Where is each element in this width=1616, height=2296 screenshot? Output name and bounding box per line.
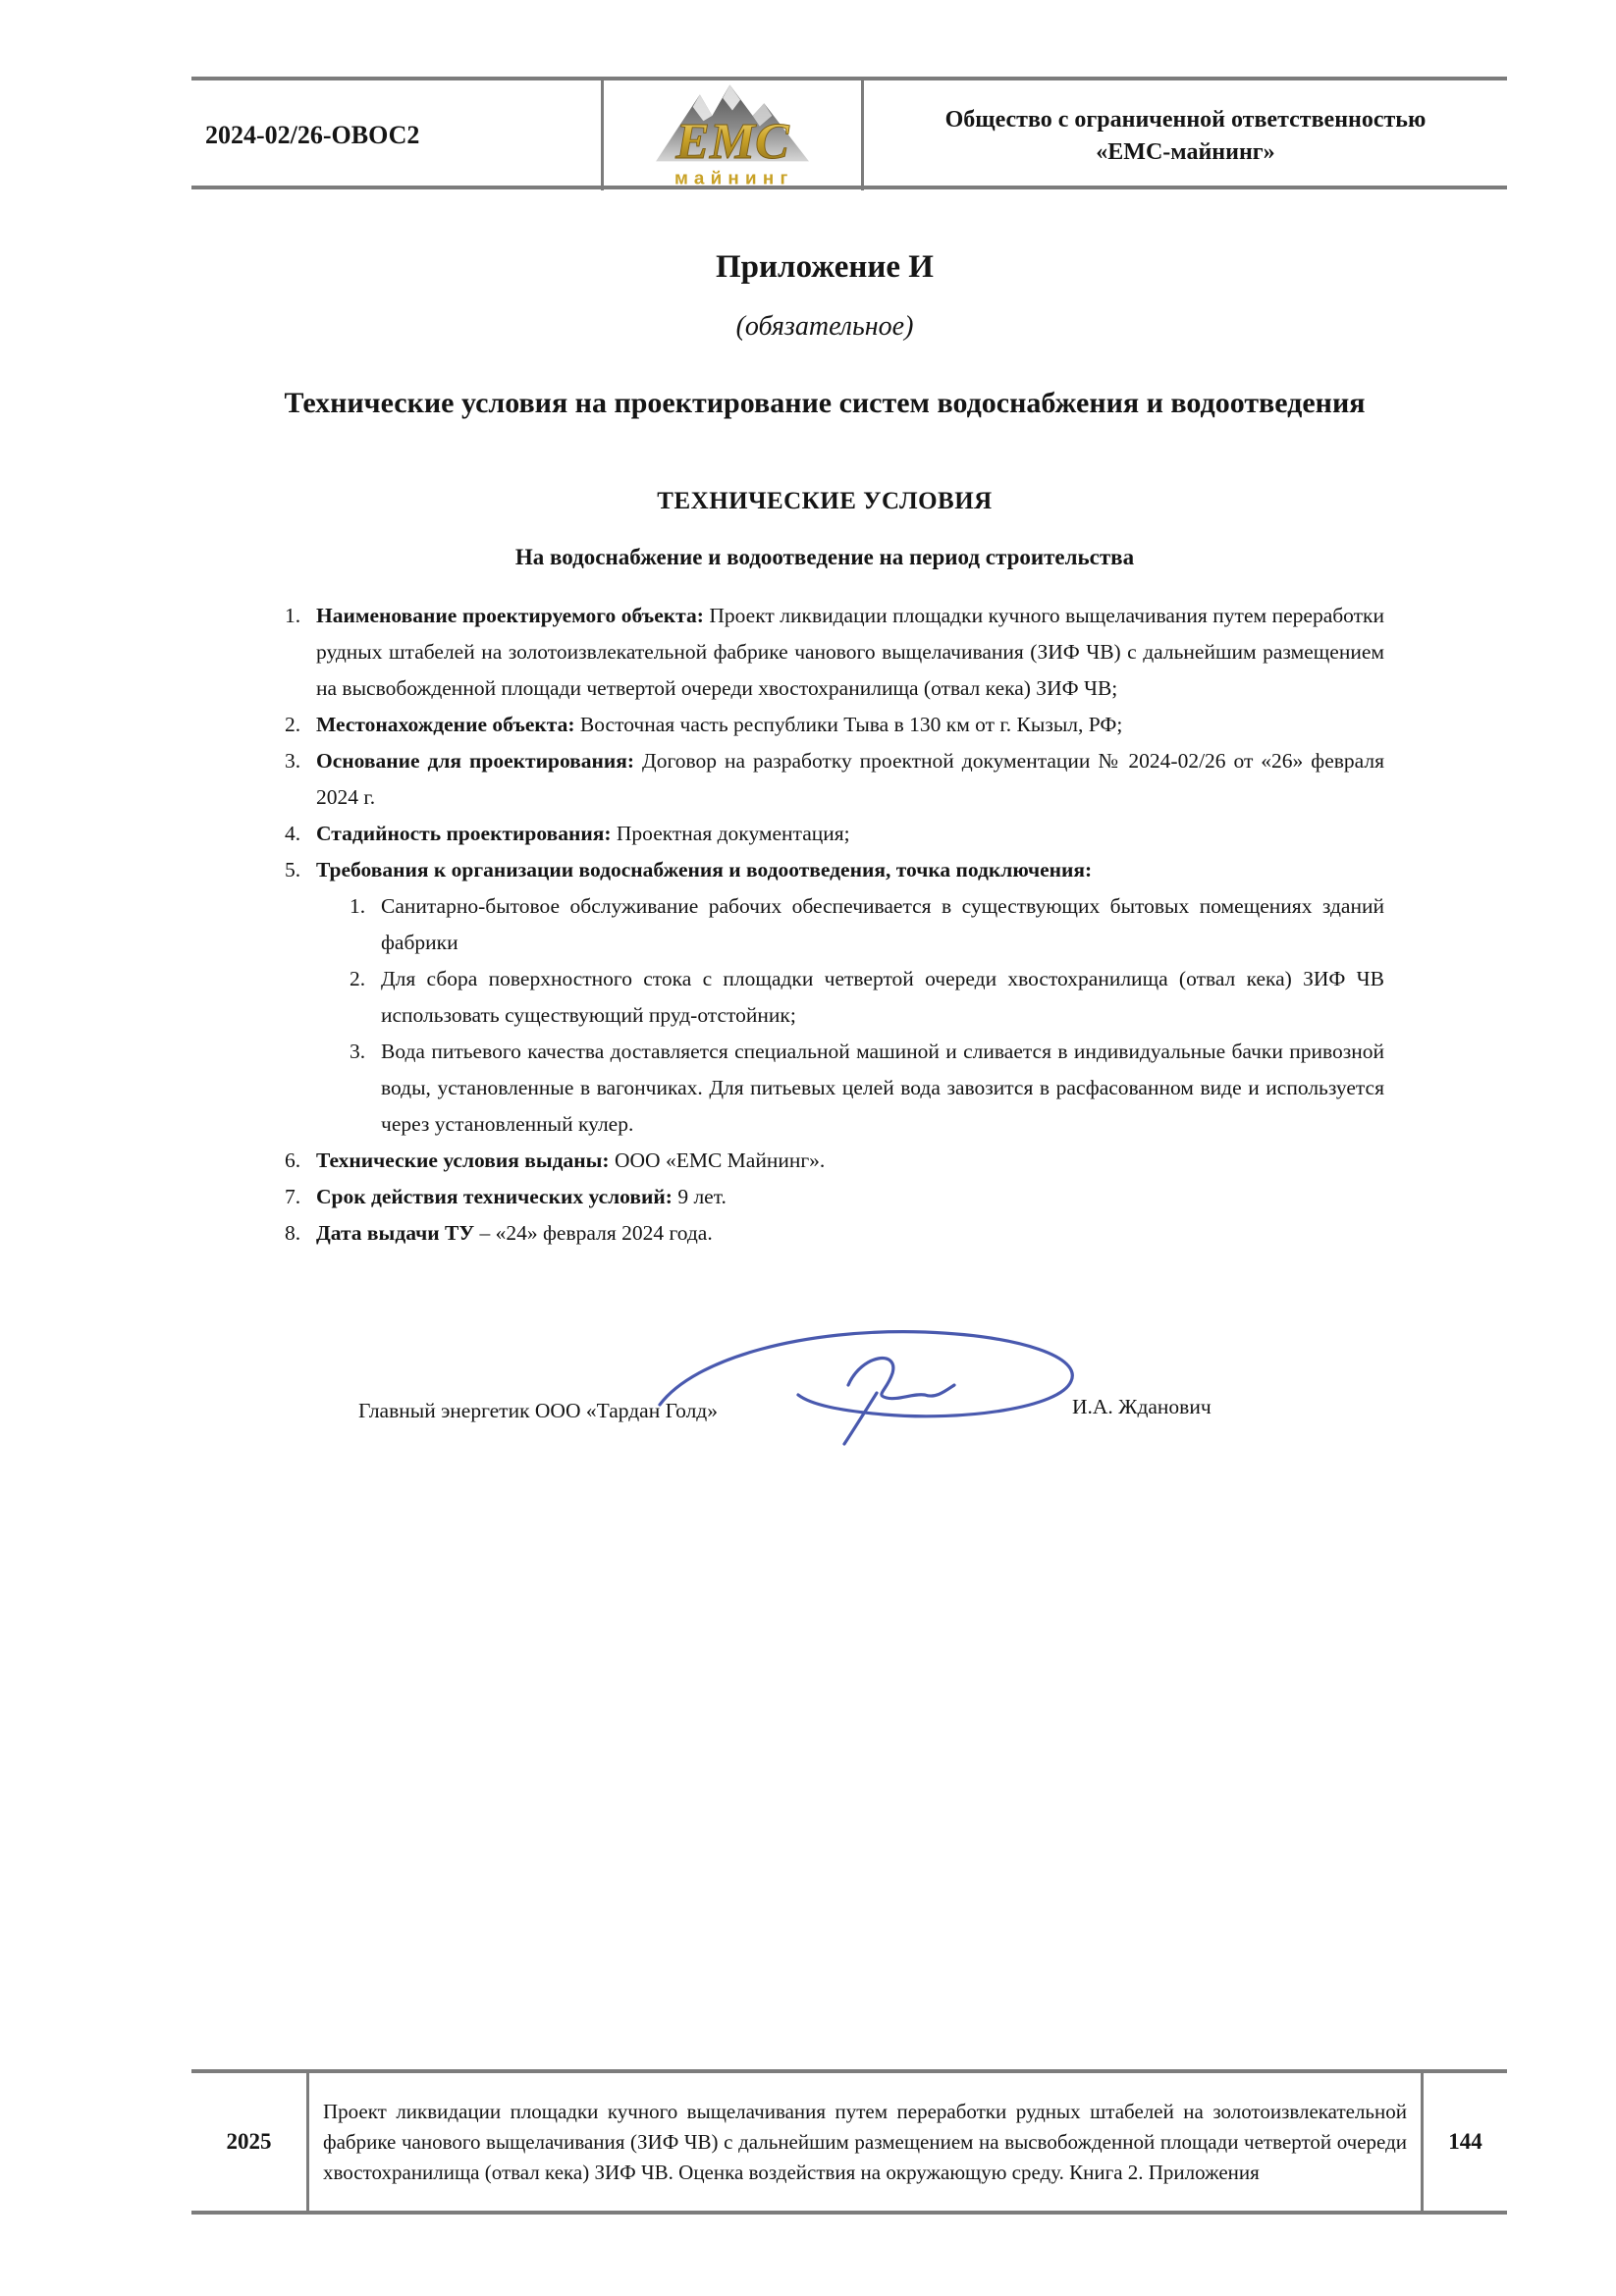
item-number: 3. — [265, 743, 316, 816]
tu-subheading: На водоснабжение и водоотведение на пери… — [265, 545, 1384, 570]
sub-list-item: 3. Вода питьевого качества доставляется … — [346, 1034, 1384, 1143]
item-number: 6. — [265, 1143, 316, 1179]
item-text: Вода питьевого качества доставляется спе… — [381, 1034, 1384, 1143]
footer-page-number: 144 — [1424, 2073, 1507, 2211]
appendix-title: Приложение И — [265, 249, 1384, 286]
list-item: 5. Требования к организации водоснабжени… — [265, 852, 1384, 1143]
item-text: Для сбора поверхностного стока с площадк… — [381, 961, 1384, 1034]
signature-block: Главный энергетик ООО «Тардан Голд» И.А.… — [265, 1328, 1384, 1456]
footer-table: 2025 Проект ликвидации площадки кучного … — [191, 2069, 1507, 2215]
item-text: Восточная часть республики Тыва в 130 км… — [580, 713, 1122, 736]
item-text: 9 лет. — [677, 1185, 727, 1208]
item-number: 3. — [346, 1034, 381, 1143]
signature-image — [638, 1322, 1100, 1450]
item-label: Местонахождение объекта: — [316, 713, 575, 736]
item-text: Санитарно-бытовое обслуживание рабочих о… — [381, 888, 1384, 961]
list-item: 6. Технические условия выданы: ООО «ЕМС … — [265, 1143, 1384, 1179]
main-title: Технические условия на проектирование си… — [265, 378, 1384, 429]
item-label: Требования к организации водоснабжения и… — [316, 858, 1092, 881]
emc-logo: ЕМС майнинг — [601, 80, 864, 190]
company-name-line1: Общество с ограниченной ответственностью — [945, 104, 1427, 136]
mountain-icon: ЕМС майнинг — [639, 80, 826, 190]
header-table: 2024-02/26-ОВОС2 — [191, 77, 1507, 189]
list-item: 1. Наименование проектируемого объекта: … — [265, 598, 1384, 707]
requirements-list: 1. Наименование проектируемого объекта: … — [265, 598, 1384, 1252]
item-label: Дата выдачи ТУ — [316, 1221, 474, 1245]
item-number: 4. — [265, 816, 316, 852]
footer-description-cell: Проект ликвидации площадки кучного выщел… — [306, 2073, 1424, 2211]
sub-list-item: 1. Санитарно-бытовое обслуживание рабочи… — [346, 888, 1384, 961]
logo-subtext: майнинг — [674, 168, 794, 188]
item-number: 2. — [346, 961, 381, 1034]
list-item: 2. Местонахождение объекта: Восточная ча… — [265, 707, 1384, 743]
item-text: – «24» февраля 2024 года. — [479, 1221, 712, 1245]
item-number: 5. — [265, 852, 316, 1143]
item-number: 2. — [265, 707, 316, 743]
tu-heading: ТЕХНИЧЕСКИЕ УСЛОВИЯ — [265, 488, 1384, 515]
item-number: 1. — [346, 888, 381, 961]
signature-name: И.А. Жданович — [1072, 1395, 1212, 1419]
footer-description: Проект ликвидации площадки кучного выщел… — [323, 2097, 1407, 2188]
item-label: Срок действия технических условий: — [316, 1185, 673, 1208]
item-number: 1. — [265, 598, 316, 707]
footer-year: 2025 — [191, 2073, 306, 2211]
sub-list-item: 2. Для сбора поверхностного стока с площ… — [346, 961, 1384, 1034]
sub-list: 1. Санитарно-бытовое обслуживание рабочи… — [346, 888, 1384, 1143]
item-number: 7. — [265, 1179, 316, 1215]
document-body: Приложение И (обязательное) Технические … — [265, 192, 1384, 1456]
item-text: ООО «ЕМС Майнинг». — [615, 1148, 825, 1172]
document-page: 2024-02/26-ОВОС2 — [0, 0, 1616, 2296]
company-name-line2: «ЕМС-майнинг» — [1096, 136, 1274, 169]
list-item: 3. Основание для проектирования: Договор… — [265, 743, 1384, 816]
logo-text: ЕМС — [674, 114, 790, 170]
item-label: Наименование проектируемого объекта: — [316, 604, 704, 627]
item-label: Основание для проектирования: — [316, 749, 634, 773]
doc-code: 2024-02/26-ОВОС2 — [191, 80, 601, 190]
list-item: 4. Стадийность проектирования: Проектная… — [265, 816, 1384, 852]
item-number: 8. — [265, 1215, 316, 1252]
item-label: Технические условия выданы: — [316, 1148, 610, 1172]
list-item: 7. Срок действия технических условий: 9 … — [265, 1179, 1384, 1215]
item-label: Стадийность проектирования: — [316, 822, 612, 845]
company-name: Общество с ограниченной ответственностью… — [864, 80, 1507, 190]
item-text: Проектная документация; — [617, 822, 850, 845]
list-item: 8. Дата выдачи ТУ – «24» февраля 2024 го… — [265, 1215, 1384, 1252]
appendix-note: (обязательное) — [265, 311, 1384, 343]
